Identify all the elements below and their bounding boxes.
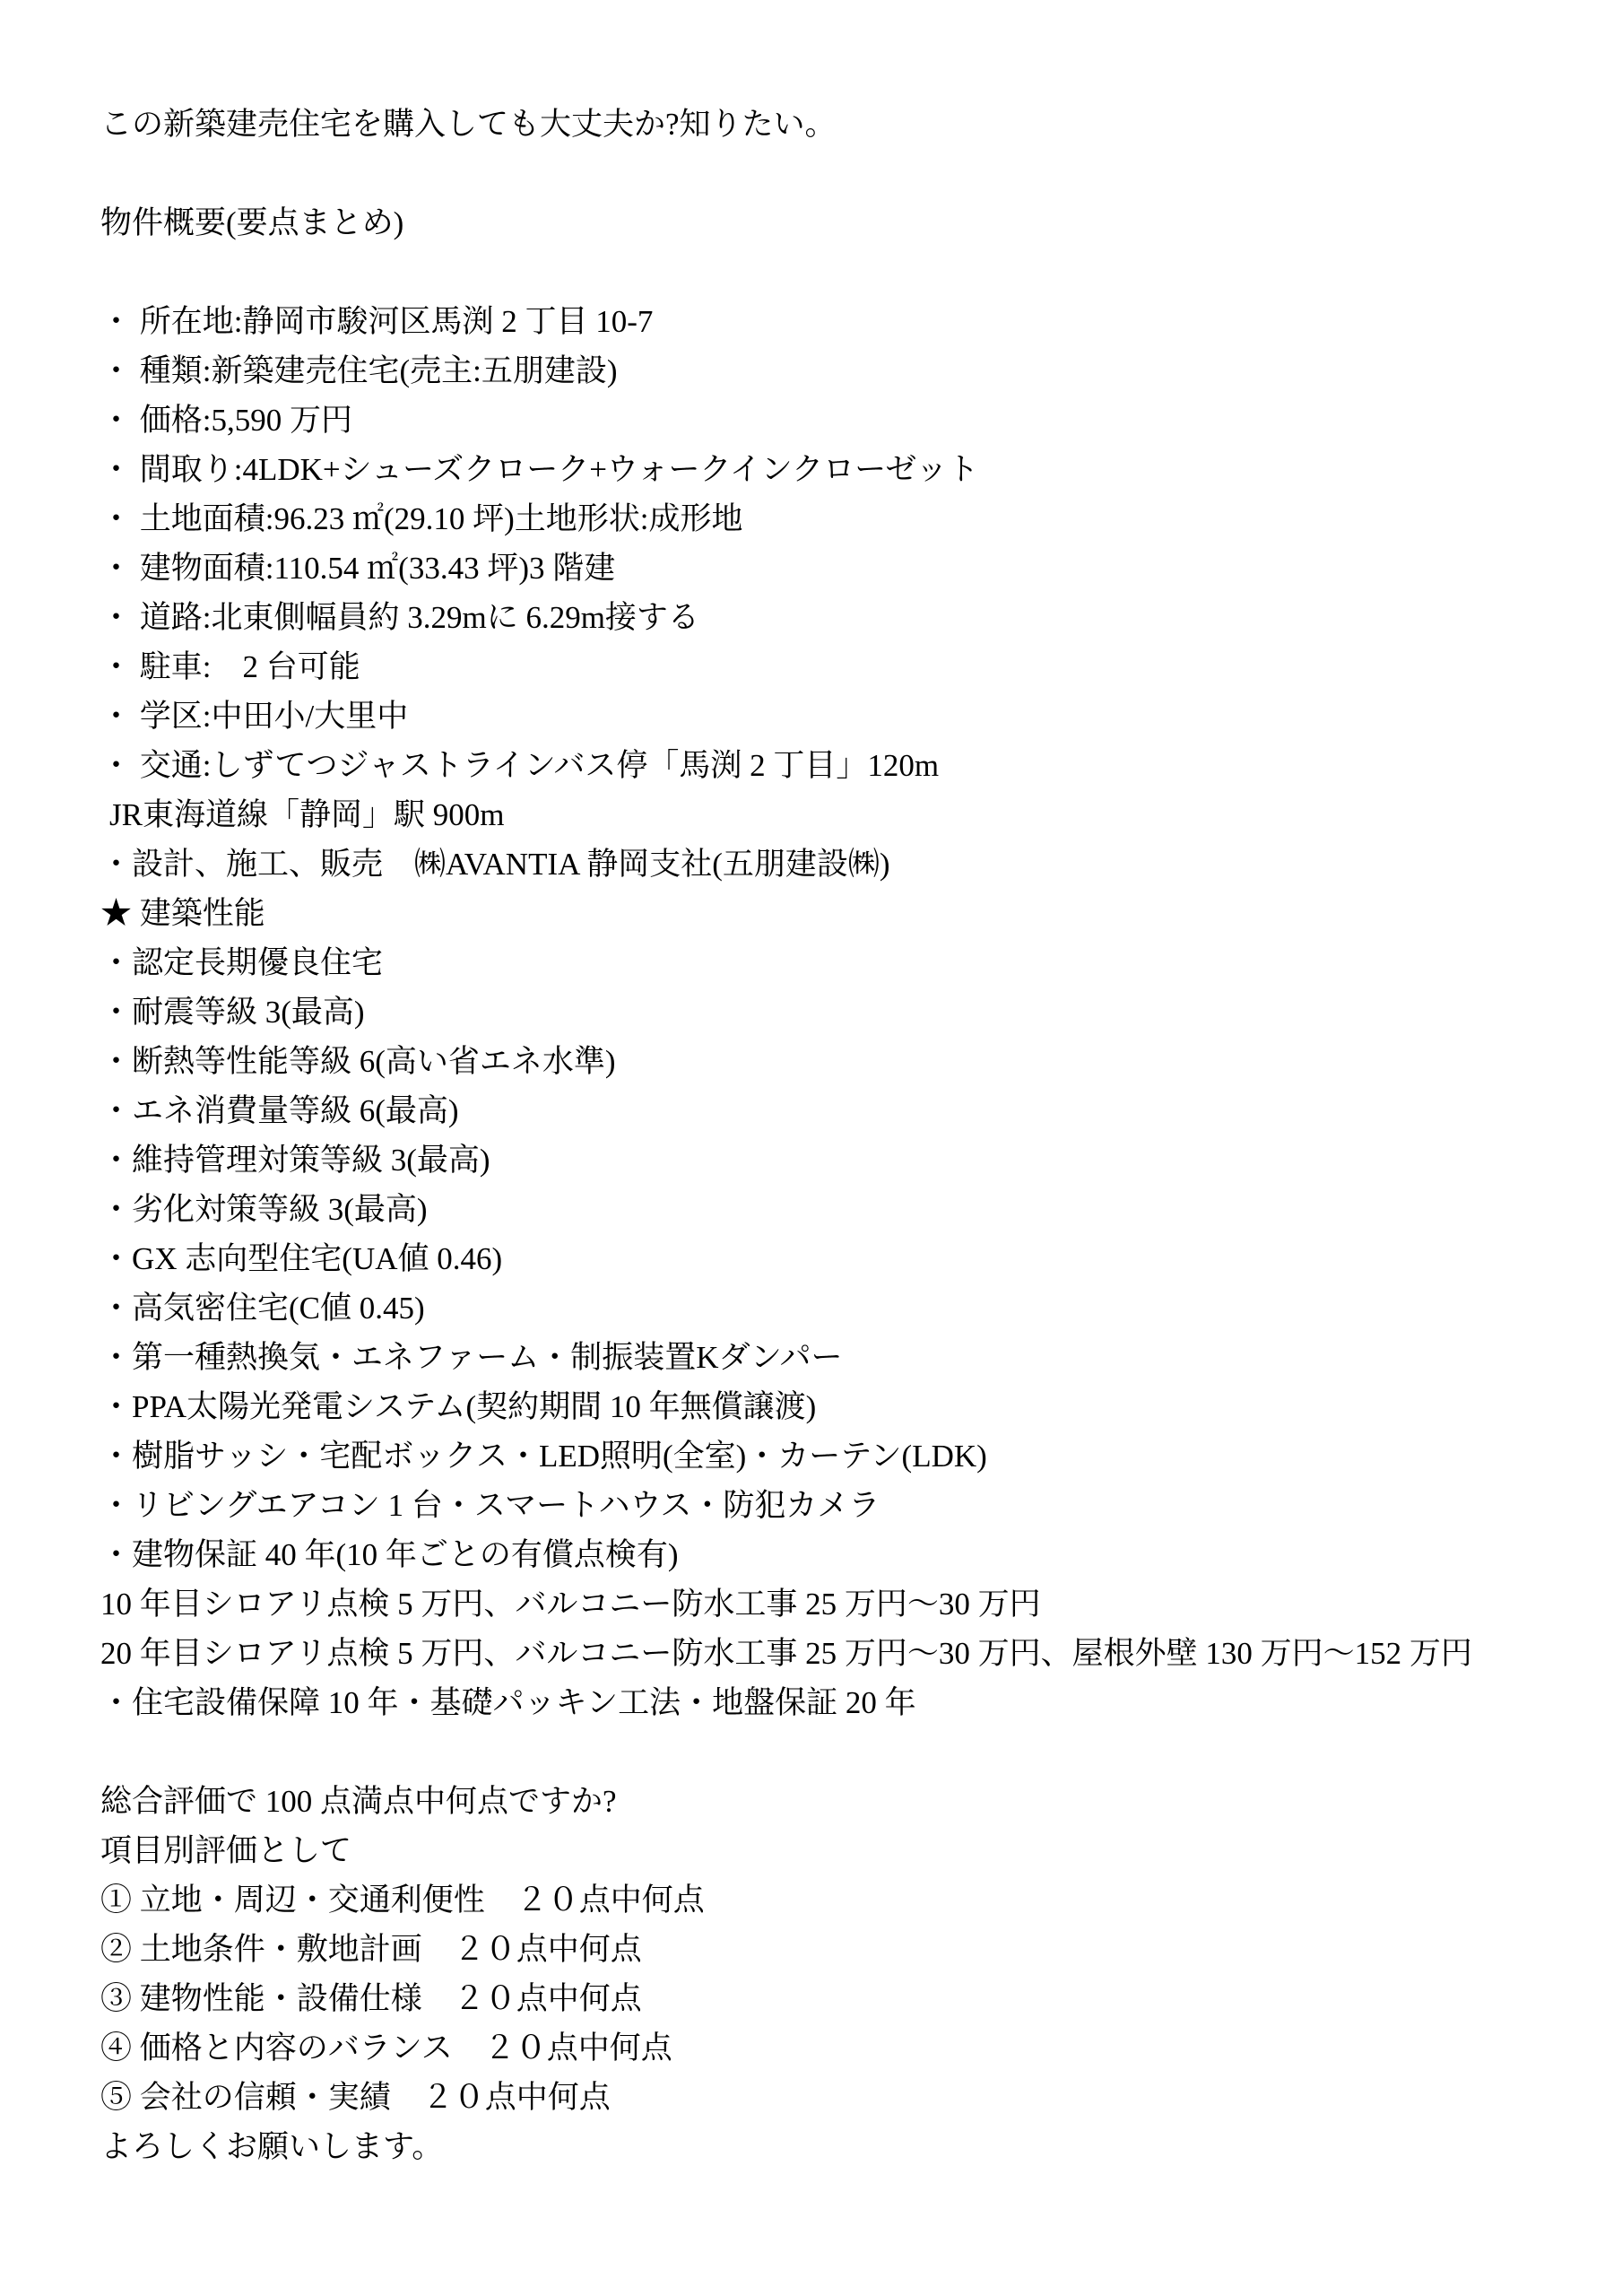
line-item-2-land: ② 土地条件・敷地計画 ２０点中何点 bbox=[100, 1925, 1589, 1974]
line-bullet-type: ・ 種類:新築建売住宅(売主:五朋建設) bbox=[100, 346, 1589, 396]
line-maintenance-cost-10y: 10 年目シロアリ点検 5 万円、バルコニー防水工事 25 万円〜30 万円 bbox=[100, 1579, 1589, 1629]
line-performance-heading: ★ 建築性能 bbox=[100, 889, 1589, 938]
line-bullet-transport-bus: ・ 交通:しずてつジャストラインバス停「馬渕 2 丁目」120m bbox=[100, 741, 1589, 790]
line-airtight-housing: ・高気密住宅(C値 0.45) bbox=[100, 1283, 1589, 1333]
line-design-build-sales: ・設計、施工、販売 ㈱AVANTIA 静岡支社(五朋建設㈱) bbox=[100, 839, 1589, 889]
line-equipment-warranty: ・住宅設備保障 10 年・基礎パッキン工法・地盤保証 20 年 bbox=[100, 1678, 1589, 1727]
line-bullet-school-district: ・ 学区:中田小/大里中 bbox=[100, 691, 1589, 741]
line-blank-2 bbox=[100, 248, 1589, 297]
line-blank-1 bbox=[100, 149, 1589, 198]
line-item-5-company-trust: ⑤ 会社の信頼・実績 ２０点中何点 bbox=[100, 2073, 1589, 2122]
line-blank-3 bbox=[100, 1727, 1589, 1777]
line-bullet-road: ・ 道路:北東側幅員約 3.29mに 6.29m接する bbox=[100, 593, 1589, 642]
line-seismic-grade: ・耐震等級 3(最高) bbox=[100, 987, 1589, 1037]
line-maintenance-cost-20y: 20 年目シロアリ点検 5 万円、バルコニー防水工事 25 万円〜30 万円、屋… bbox=[100, 1629, 1589, 1678]
line-ventilation-damper: ・第一種熱換気・エネファーム・制振装置Kダンパー bbox=[100, 1333, 1589, 1382]
line-ppa-solar: ・PPA太陽光発電システム(契約期間 10 年無償譲渡) bbox=[100, 1382, 1589, 1431]
document-content: この新築建売住宅を購入しても大丈夫か?知りたい。 物件概要(要点まとめ) ・ 所… bbox=[100, 100, 1589, 2171]
line-insulation-grade: ・断熱等性能等級 6(高い省エネ水準) bbox=[100, 1037, 1589, 1086]
line-bullet-land-area: ・ 土地面積:96.23 ㎡(29.10 坪)土地形状:成形地 bbox=[100, 494, 1589, 544]
line-overall-score-question: 総合評価で 100 点満点中何点ですか? bbox=[100, 1777, 1589, 1826]
line-summary-heading: 物件概要(要点まとめ) bbox=[100, 198, 1589, 248]
line-transport-jr: JR東海道線「静岡」駅 900m bbox=[100, 790, 1589, 839]
line-building-warranty: ・建物保証 40 年(10 年ごとの有償点検有) bbox=[100, 1530, 1589, 1579]
line-certified-housing: ・認定長期優良住宅 bbox=[100, 938, 1589, 987]
line-bullet-location: ・ 所在地:静岡市駿河区馬渕 2 丁目 10-7 bbox=[100, 297, 1589, 346]
line-bullet-price: ・ 価格:5,590 万円 bbox=[100, 396, 1589, 445]
line-item-4-price-balance: ④ 価格と内容のバランス ２０点中何点 bbox=[100, 2023, 1589, 2073]
line-bullet-parking: ・ 駐車: 2 台可能 bbox=[100, 642, 1589, 691]
line-aircon-smarthouse: ・リビングエアコン 1 台・スマートハウス・防犯カメラ bbox=[100, 1481, 1589, 1530]
line-maintenance-grade: ・維持管理対策等級 3(最高) bbox=[100, 1135, 1589, 1185]
line-closing: よろしくお願いします。 bbox=[100, 2122, 1589, 2171]
document-page: この新築建売住宅を購入しても大丈夫か?知りたい。 物件概要(要点まとめ) ・ 所… bbox=[0, 0, 1622, 2296]
line-fixtures: ・樹脂サッシ・宅配ボックス・LED照明(全室)・カーテン(LDK) bbox=[100, 1431, 1589, 1481]
line-purchase-question: この新築建売住宅を購入しても大丈夫か?知りたい。 bbox=[100, 100, 1589, 149]
line-itemized-intro: 項目別評価として bbox=[100, 1826, 1589, 1875]
line-bullet-floorplan: ・ 間取り:4LDK+シューズクローク+ウォークインクローゼット bbox=[100, 445, 1589, 494]
line-deterioration-grade: ・劣化対策等級 3(最高) bbox=[100, 1185, 1589, 1234]
line-item-1-location: ① 立地・周辺・交通利便性 ２０点中何点 bbox=[100, 1875, 1589, 1925]
line-gx-housing: ・GX 志向型住宅(UA値 0.46) bbox=[100, 1234, 1589, 1283]
line-bullet-building-area: ・ 建物面積:110.54 ㎡(33.43 坪)3 階建 bbox=[100, 544, 1589, 593]
line-energy-grade: ・エネ消費量等級 6(最高) bbox=[100, 1086, 1589, 1135]
line-item-3-performance: ③ 建物性能・設備仕様 ２０点中何点 bbox=[100, 1974, 1589, 2023]
